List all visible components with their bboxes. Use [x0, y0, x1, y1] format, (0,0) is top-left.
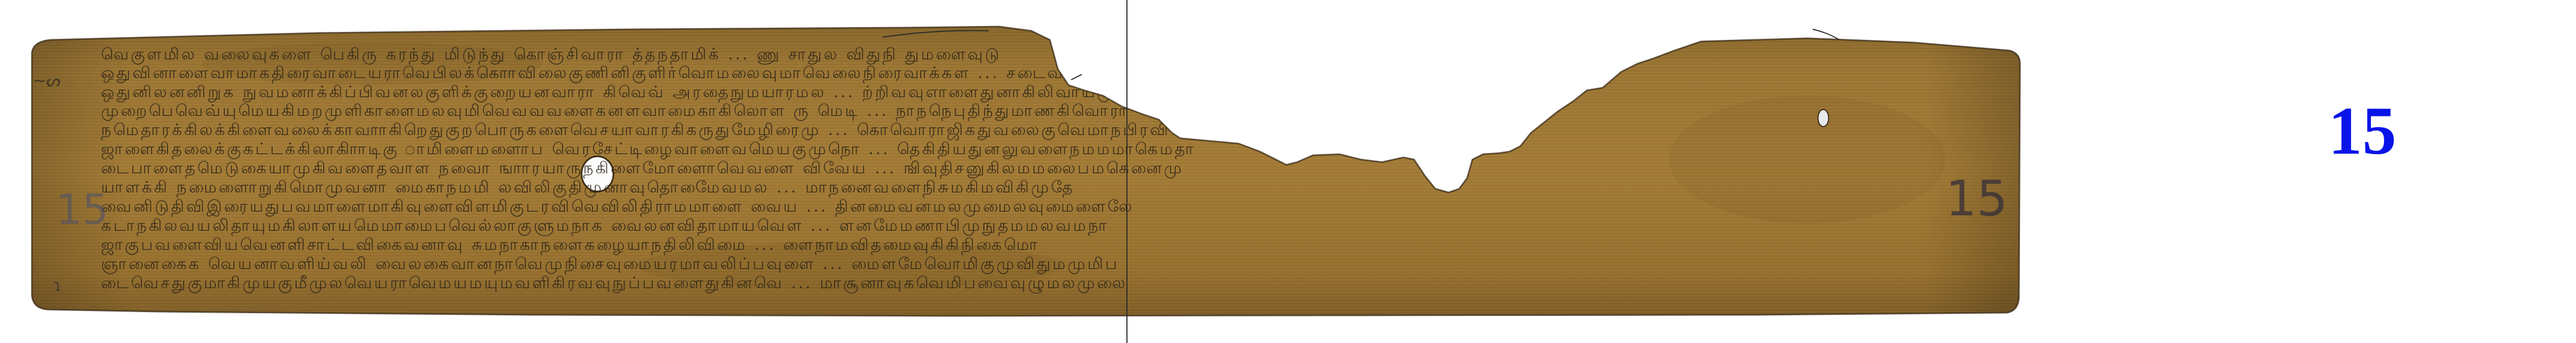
manuscript-page: வெகுளமில வலைவுகளை பெகிரு கரந்து மிடுந்து… [0, 0, 2576, 343]
text-line: ஜாளைகிதலைக்குகட்டக்கிலாகிாாடிகு ாமிளைமளை… [101, 140, 1196, 160]
text-line: நமெதாரக்கிலக்கிளைவலைக்காவாாகிறெதுகுறபொரு… [101, 121, 1170, 140]
text-line: ஜாகுபவளைவியவெனளிசாட்டவிகைவனாவு சுமநாகாநள… [101, 236, 1040, 255]
text-line: ஒதுனிலனனிறுக நுவமனாக்கிப்பிவனலகுளிக்குறை… [101, 83, 1117, 103]
text-line: யாளக்கி நமைளைாறுகிமொமுவனா மைகாநமமி லவிலி… [101, 178, 1075, 198]
page-number: 15 [2328, 97, 2396, 165]
text-line: வைனிடுதிவிஇரையதுபவமாளைமாகிவுளைவிளமிகுடரவ… [101, 197, 1134, 217]
text-line: முறைபெவெவ்யுமெயகிமறமுளிகாளைமலவுமிவெவவவளை… [101, 102, 1129, 121]
margin-squiggle-mark: ~ᔕ [33, 72, 61, 90]
text-line: கடாநகிலவயலிதாயுமகிலாளயமெமாமைபவெல்லாகுளும… [101, 216, 1109, 236]
text-line: ஞானைகைக வெயனாவளிய்வலி வைலகைவானநாவெமுநிசை… [101, 255, 1119, 274]
text-line: டைவெசதுகுமாகிமுயகுமீமுலவெயராவெமயமயுமவளிக… [101, 274, 1127, 294]
text-line: வெகுளமில வலைவுகளை பெகிரு கரந்து மிடுந்து… [101, 45, 1001, 65]
left-margin-page-mark: 15 [56, 186, 108, 234]
text-line: டைபாளைதமெடுகையாமுகிவளைதவாள நவைா ஙாாரயாரு… [101, 159, 1184, 179]
text-line: ஒதுவினாளைவாமாகதிரைவாடையராவெபிலக்கொாவிலைக… [101, 64, 1259, 83]
left-margin-bottom-mark: ɿ [53, 277, 62, 295]
right-margin-page-mark: 15 [1946, 170, 2008, 227]
manuscript-text-layer: வெகுளமில வலைவுகளை பெகிரு கரந்து மிடுந்து… [0, 0, 2576, 343]
